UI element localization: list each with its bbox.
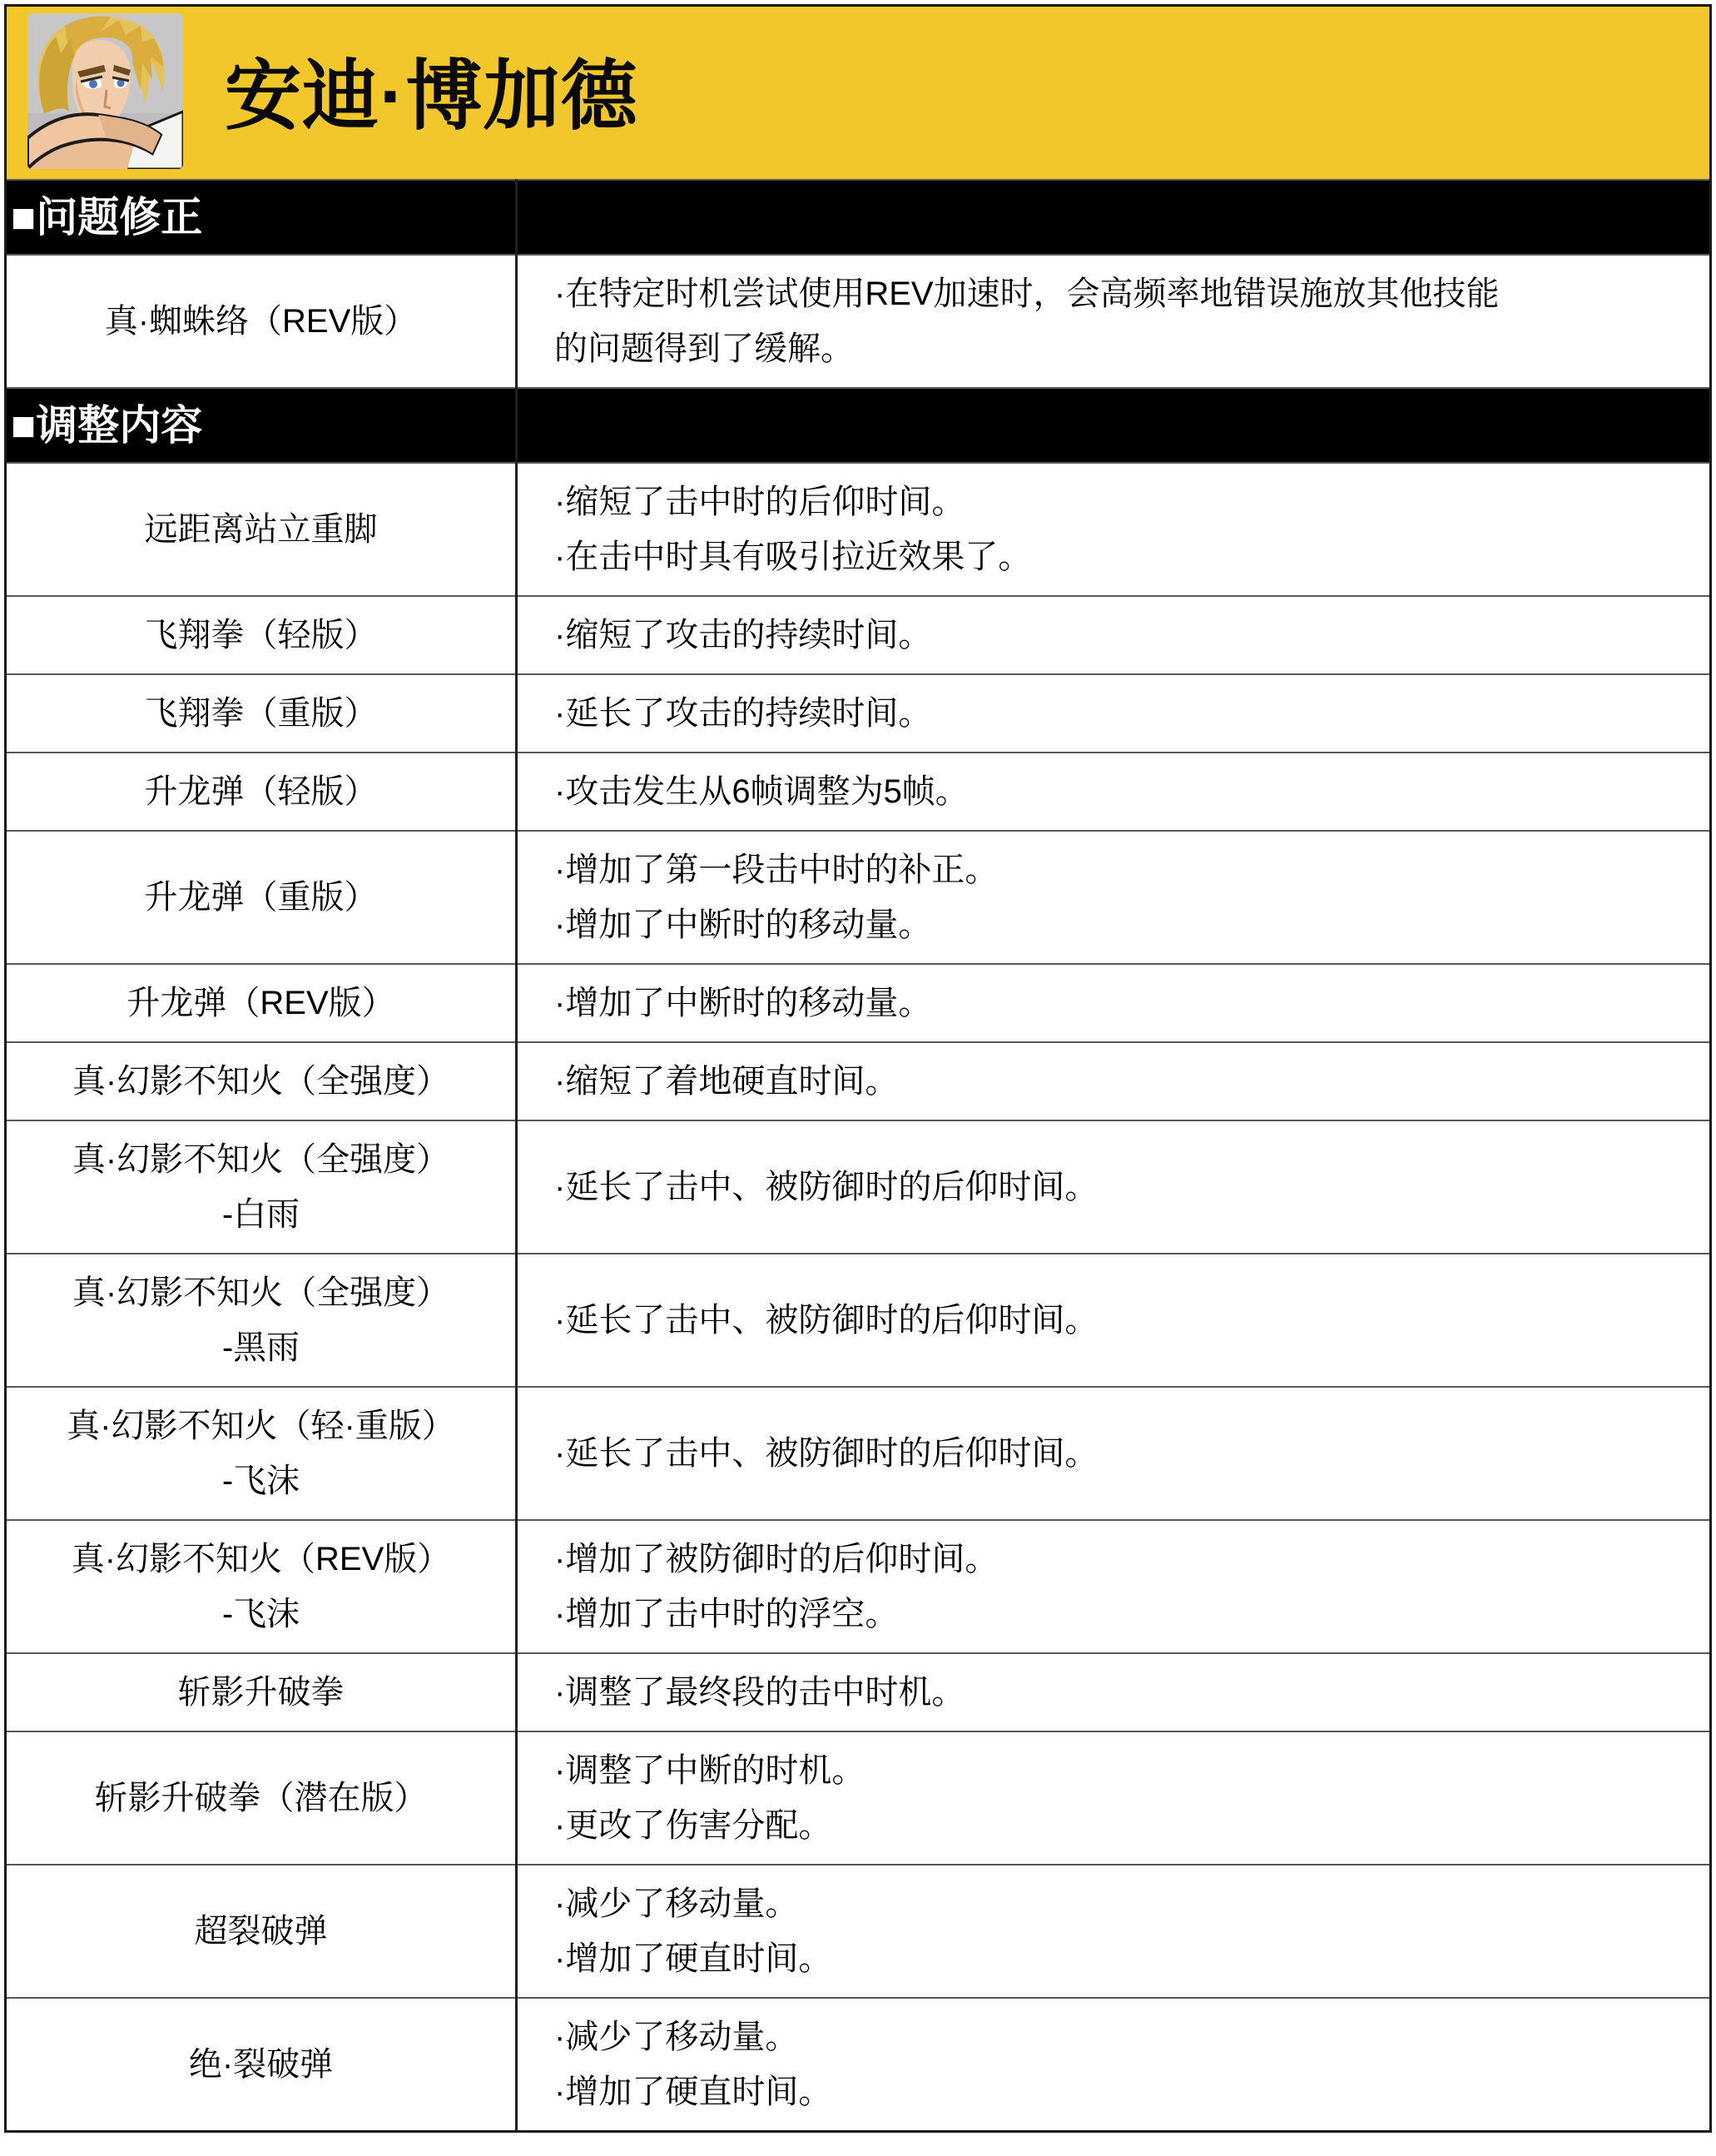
table-row: 升龙弹（重版） ·增加了第一段击中时的补正。 ·增加了中断时的移动量。 <box>7 830 1709 963</box>
move-name-cell: 超裂破弹 <box>7 1865 515 1997</box>
change-desc: ·缩短了击中时的后仰时间。 ·在击中时具有吸引拉近效果了。 <box>554 474 1031 584</box>
change-desc-cell: ·缩短了着地硬直时间。 <box>515 1043 1709 1120</box>
move-name-cell: 升龙弹（重版） <box>7 832 515 963</box>
table-row: 斩影升破拳（潜在版） ·调整了中断的时机。 ·更改了伤害分配。 <box>7 1731 1709 1864</box>
change-desc: ·调整了最终段的击中时机。 <box>554 1665 965 1720</box>
change-desc: ·延长了击中、被防御时的后仰时间。 <box>554 1160 1098 1215</box>
move-name-cell: 真·蜘蛛络（REV版） <box>7 256 515 387</box>
character-portrait-art <box>27 13 183 169</box>
move-name-cell: 飞翔拳（重版） <box>7 675 515 752</box>
change-desc-cell: ·攻击发生从6帧调整为5帧。 <box>515 753 1709 830</box>
change-desc-cell: ·延长了攻击的持续时间。 <box>515 675 1709 752</box>
change-desc-cell: ·在特定时机尝试使用REV加速时，会高频率地错误施放其他技能 的问题得到了缓解。 <box>515 256 1709 387</box>
change-desc: ·攻击发生从6帧调整为5帧。 <box>554 764 969 819</box>
move-name: 斩影升破拳（潜在版） <box>95 1771 428 1826</box>
patch-table: ■问题修正 真·蜘蛛络（REV版） ·在特定时机尝试使用REV加速时，会高频率地… <box>7 179 1709 2130</box>
character-portrait <box>27 13 183 169</box>
change-desc: ·延长了击中、被防御时的后仰时间。 <box>554 1293 1098 1348</box>
change-desc: ·增加了被防御时的后仰时间。 ·增加了击中时的浮空。 <box>554 1532 998 1642</box>
move-name-cell: 真·幻影不知火（全强度） -白雨 <box>7 1121 515 1253</box>
move-name: 超裂破弹 <box>195 1904 328 1959</box>
section-header-label: ■调整内容 <box>7 403 202 449</box>
section-header-label: ■问题修正 <box>7 195 202 241</box>
move-name: 升龙弹（重版） <box>145 870 378 925</box>
table-row: 真·蜘蛛络（REV版） ·在特定时机尝试使用REV加速时，会高频率地错误施放其他… <box>7 254 1709 387</box>
move-name-cell: 远距离站立重脚 <box>7 464 515 595</box>
move-name: 绝·裂破弹 <box>189 2037 333 2092</box>
move-name: 远距离站立重脚 <box>145 502 378 557</box>
change-desc: ·减少了移动量。 ·增加了硬直时间。 <box>554 1876 831 1986</box>
table-row: 飞翔拳（重版） ·延长了攻击的持续时间。 <box>7 673 1709 752</box>
character-name-title: 安迪·博加德 <box>225 52 638 135</box>
move-name: 真·幻影不知火（全强度） -黑雨 <box>72 1265 449 1375</box>
change-desc: ·缩短了着地硬直时间。 <box>554 1054 898 1109</box>
move-name: 升龙弹（轻版） <box>145 764 378 819</box>
move-name: 真·幻影不知火（全强度） <box>72 1054 449 1109</box>
table-row: 超裂破弹 ·减少了移动量。 ·增加了硬直时间。 <box>7 1864 1709 1997</box>
move-name-cell: 升龙弹（REV版） <box>7 965 515 1041</box>
change-desc-cell: ·增加了第一段击中时的补正。 ·增加了中断时的移动量。 <box>515 832 1709 963</box>
change-desc: ·增加了第一段击中时的补正。 ·增加了中断时的移动量。 <box>554 842 998 952</box>
move-name-cell: 真·幻影不知火（全强度） -黑雨 <box>7 1254 515 1386</box>
move-name-cell: 斩影升破拳 <box>7 1654 515 1731</box>
patch-notes-sheet: 安迪·博加德 ■问题修正 真·蜘蛛络（REV版） ·在特定时机尝试使用REV加速… <box>4 4 1712 2133</box>
change-desc: ·延长了攻击的持续时间。 <box>554 686 931 741</box>
move-name: 真·幻影不知火（REV版） -飞沫 <box>72 1532 451 1642</box>
change-desc-cell: ·延长了击中、被防御时的后仰时间。 <box>515 1254 1709 1386</box>
table-row: 真·幻影不知火（全强度） -黑雨 ·延长了击中、被防御时的后仰时间。 <box>7 1253 1709 1386</box>
change-desc-cell: ·增加了中断时的移动量。 <box>515 965 1709 1041</box>
table-row: 真·幻影不知火（全强度） -白雨 ·延长了击中、被防御时的后仰时间。 <box>7 1120 1709 1253</box>
table-row: 飞翔拳（轻版） ·缩短了攻击的持续时间。 <box>7 595 1709 673</box>
change-desc-cell: ·减少了移动量。 ·增加了硬直时间。 <box>515 1999 1709 2130</box>
table-row: 远距离站立重脚 ·缩短了击中时的后仰时间。 ·在击中时具有吸引拉近效果了。 <box>7 462 1709 595</box>
move-name: 斩影升破拳 <box>178 1665 345 1720</box>
move-name: 真·幻影不知火（全强度） -白雨 <box>72 1132 449 1242</box>
move-name-cell: 绝·裂破弹 <box>7 1999 515 2130</box>
move-name: 飞翔拳（重版） <box>145 686 378 741</box>
character-header: 安迪·博加德 <box>7 7 1709 179</box>
section-header-bugfix: ■问题修正 <box>7 179 1709 254</box>
change-desc: ·延长了击中、被防御时的后仰时间。 <box>554 1426 1098 1481</box>
move-name: 真·蜘蛛络（REV版） <box>105 294 418 349</box>
change-desc: ·调整了中断的时机。 ·更改了伤害分配。 <box>554 1743 865 1853</box>
move-name-cell: 飞翔拳（轻版） <box>7 597 515 673</box>
move-name-cell: 斩影升破拳（潜在版） <box>7 1732 515 1864</box>
column-divider-line <box>515 179 518 2130</box>
move-name-cell: 真·幻影不知火（全强度） <box>7 1043 515 1120</box>
change-desc-cell: ·延长了击中、被防御时的后仰时间。 <box>515 1121 1709 1253</box>
change-desc-cell: ·延长了击中、被防御时的后仰时间。 <box>515 1388 1709 1519</box>
table-row: 真·幻影不知火（全强度） ·缩短了着地硬直时间。 <box>7 1041 1709 1120</box>
table-row: 升龙弹（REV版） ·增加了中断时的移动量。 <box>7 963 1709 1041</box>
change-desc-cell: ·增加了被防御时的后仰时间。 ·增加了击中时的浮空。 <box>515 1521 1709 1652</box>
move-name: 真·幻影不知火（轻·重版） -飞沫 <box>67 1398 455 1508</box>
change-desc-cell: ·调整了中断的时机。 ·更改了伤害分配。 <box>515 1732 1709 1864</box>
change-desc: ·增加了中断时的移动量。 <box>554 976 931 1031</box>
section-header-adjustments: ■调整内容 <box>7 387 1709 462</box>
move-name-cell: 升龙弹（轻版） <box>7 753 515 830</box>
change-desc: ·在特定时机尝试使用REV加速时，会高频率地错误施放其他技能 的问题得到了缓解。 <box>554 266 1500 376</box>
change-desc-cell: ·缩短了攻击的持续时间。 <box>515 597 1709 673</box>
move-name-cell: 真·幻影不知火（轻·重版） -飞沫 <box>7 1388 515 1519</box>
table-row: 升龙弹（轻版） ·攻击发生从6帧调整为5帧。 <box>7 752 1709 830</box>
move-name: 升龙弹（REV版） <box>126 976 394 1031</box>
move-name-cell: 真·幻影不知火（REV版） -飞沫 <box>7 1521 515 1652</box>
table-row: 真·幻影不知火（REV版） -飞沫 ·增加了被防御时的后仰时间。 ·增加了击中时… <box>7 1519 1709 1652</box>
change-desc-cell: ·调整了最终段的击中时机。 <box>515 1654 1709 1731</box>
move-name: 飞翔拳（轻版） <box>145 608 378 663</box>
change-desc: ·减少了移动量。 ·增加了硬直时间。 <box>554 2009 831 2119</box>
table-row: 斩影升破拳 ·调整了最终段的击中时机。 <box>7 1652 1709 1731</box>
table-row: 绝·裂破弹 ·减少了移动量。 ·增加了硬直时间。 <box>7 1997 1709 2130</box>
change-desc-cell: ·缩短了击中时的后仰时间。 ·在击中时具有吸引拉近效果了。 <box>515 464 1709 595</box>
change-desc-cell: ·减少了移动量。 ·增加了硬直时间。 <box>515 1865 1709 1997</box>
change-desc: ·缩短了攻击的持续时间。 <box>554 608 931 663</box>
table-row: 真·幻影不知火（轻·重版） -飞沫 ·延长了击中、被防御时的后仰时间。 <box>7 1386 1709 1519</box>
